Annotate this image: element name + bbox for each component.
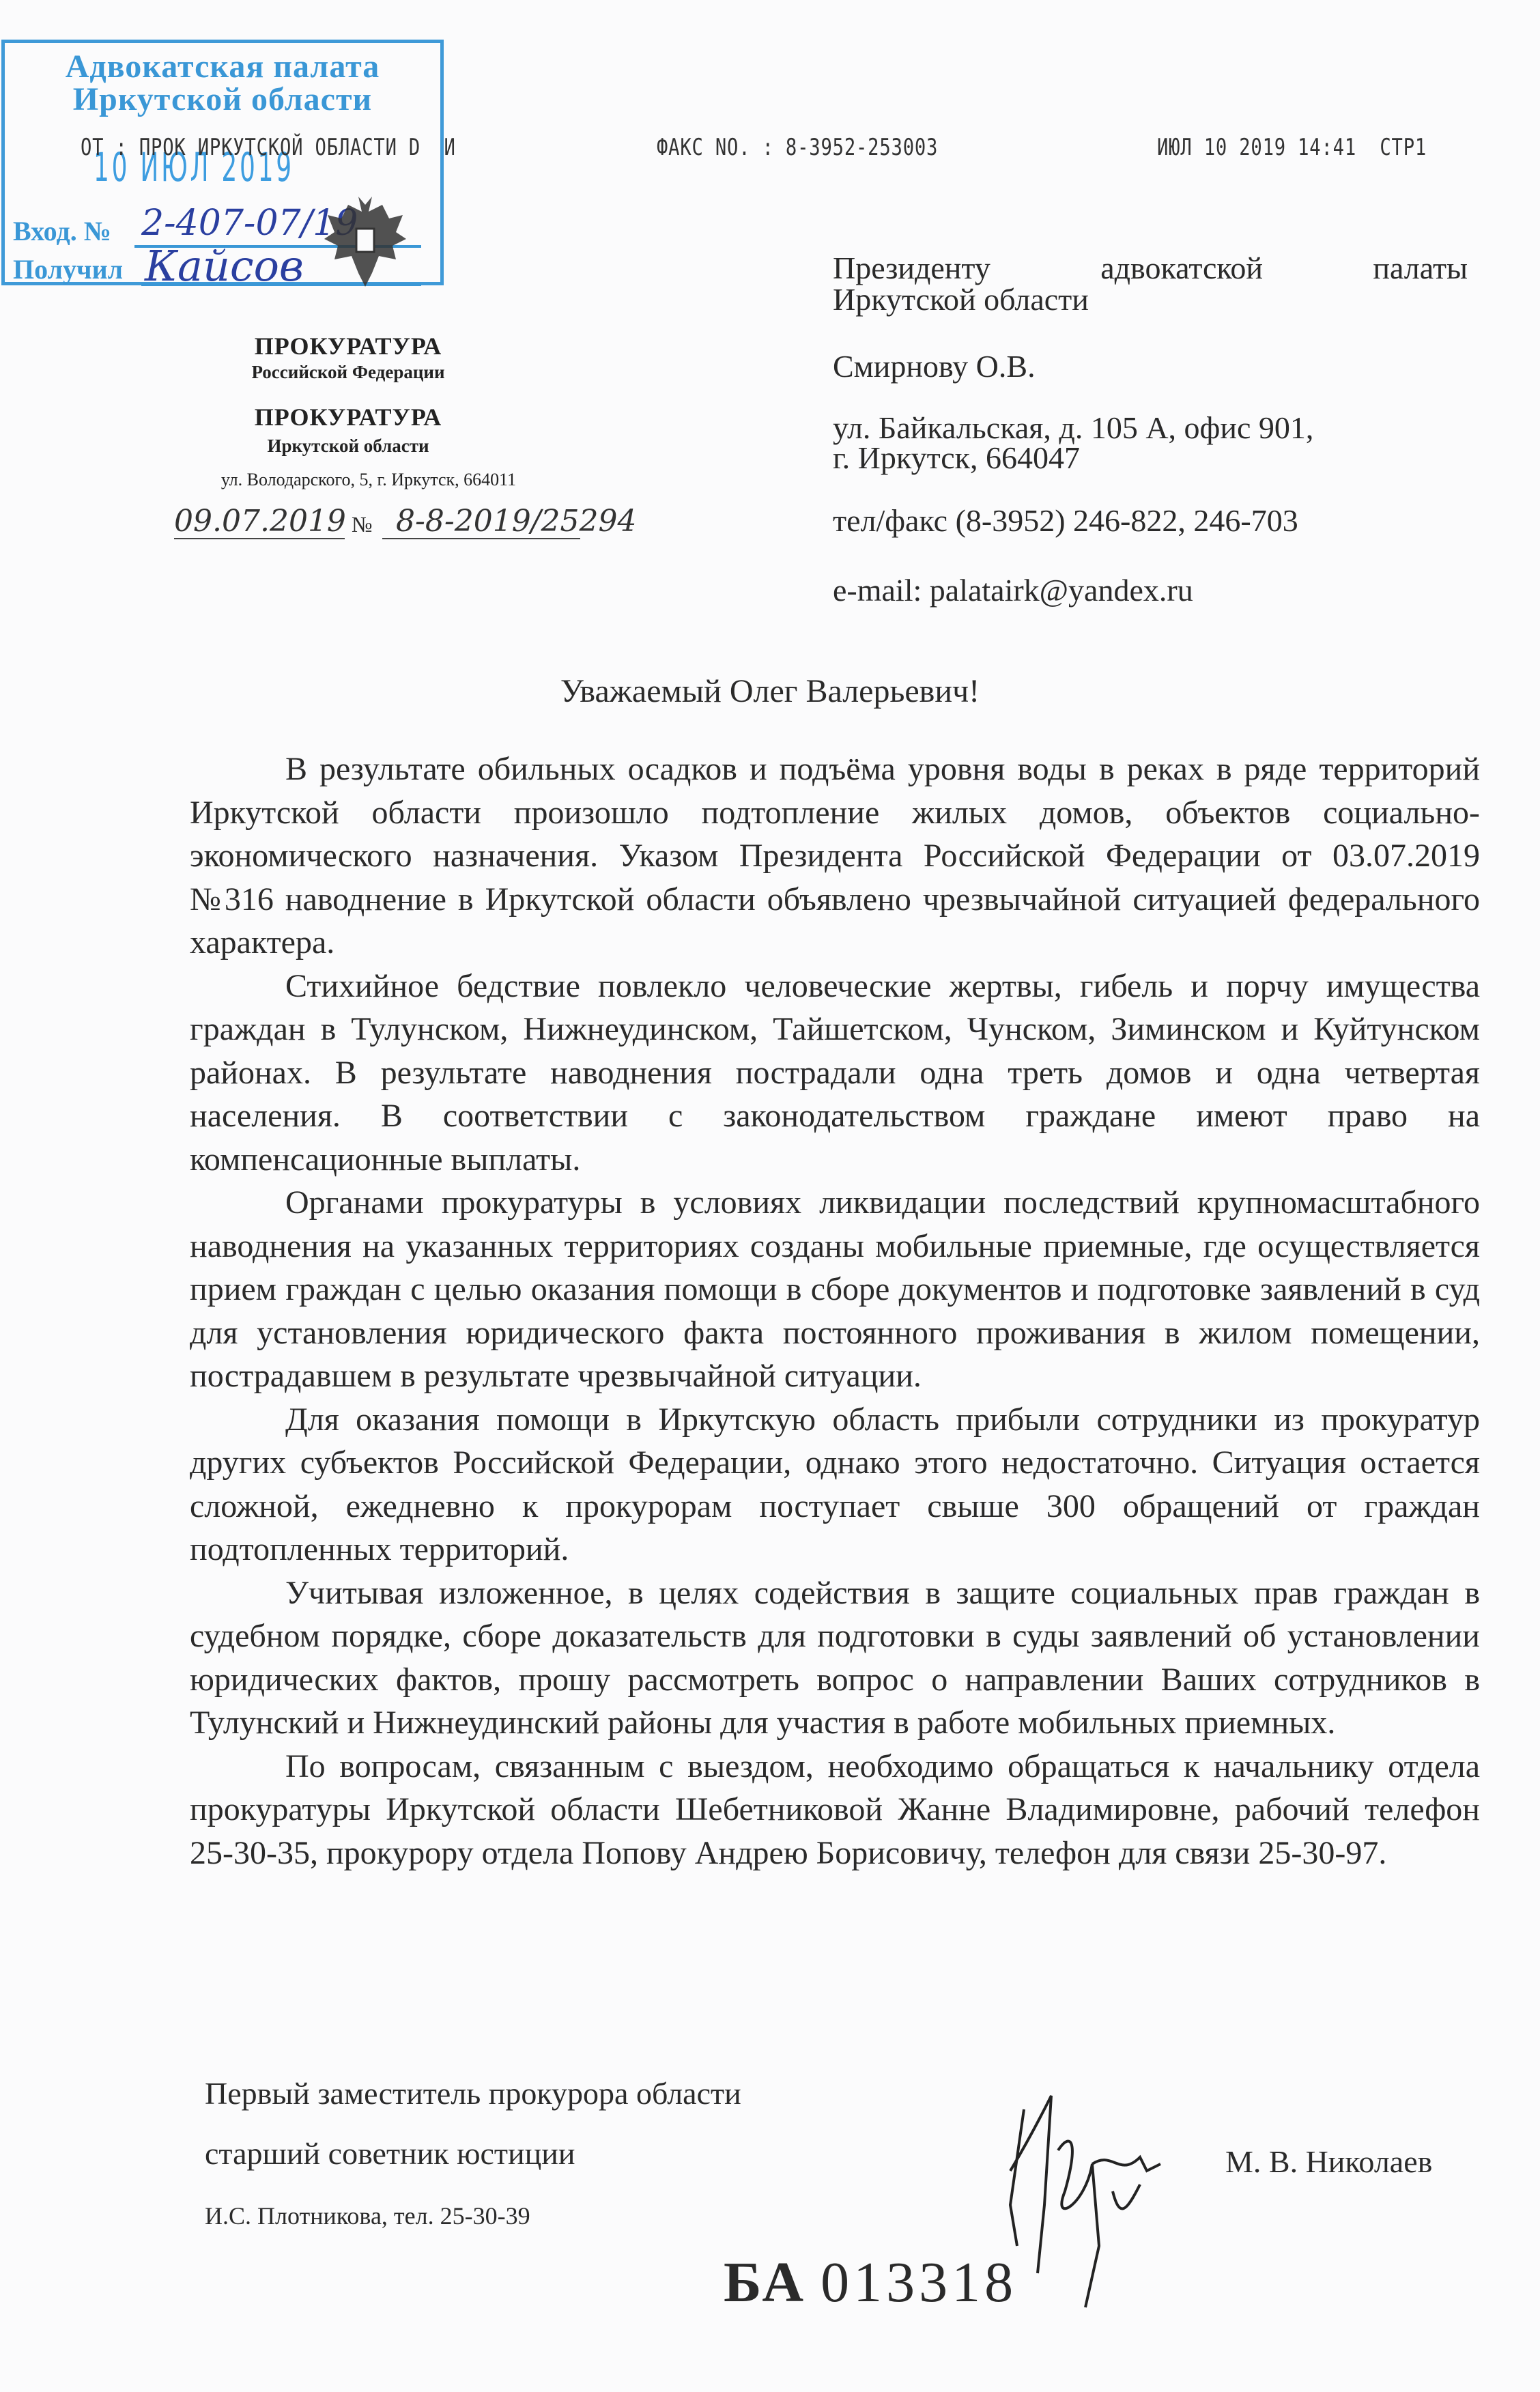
- signer-rank: старший советник юстиции: [205, 2135, 575, 2172]
- stamp-received-by-label: Получил: [13, 253, 123, 285]
- salutation: Уважаемый Олег Валерьевич!: [0, 672, 1540, 710]
- paragraph: По вопросам, связанным с выездом, необхо…: [190, 1745, 1480, 1875]
- addressee-address2: г. Иркутск, 664047: [833, 441, 1080, 475]
- form-serial-series: БА: [724, 2251, 805, 2314]
- fax-datetime-page: ИЮЛ 10 2019 14:41 СТР1: [1157, 134, 1427, 161]
- signer-name: М. В. Николаев: [1225, 2144, 1432, 2180]
- coat-of-arms-icon: [321, 191, 410, 294]
- paragraph: Стихийное бедствие повлекло человеческие…: [190, 965, 1480, 1182]
- stamp-organization-line2: Иркутской области: [5, 83, 440, 117]
- letterhead-subtitle: Иркутской области: [157, 436, 539, 457]
- date-underline: [174, 538, 345, 539]
- form-serial-number: 013318: [821, 2251, 1017, 2314]
- addressee-line1: Президенту адвокатской палаты: [833, 251, 1468, 285]
- letterhead-subtitle: Российской Федерации: [157, 362, 539, 383]
- addressee-line2: Иркутской области: [833, 283, 1089, 317]
- letterhead-title: ПРОКУРАТУРА: [157, 332, 539, 360]
- fax-from: ОТ : ПРОК ИРКУТСКОЙ ОБЛАСТИ D И: [81, 134, 456, 161]
- letterhead-title: ПРОКУРАТУРА: [157, 403, 539, 431]
- stamp-organization-line1: Адвокатская палата: [5, 50, 440, 84]
- executor-contact: И.С. Плотникова, тел. 25-30-39: [205, 2202, 530, 2230]
- stamp-received-by-value: Кайсов: [145, 241, 304, 291]
- letter-body: В результате обильных осадков и подъёма …: [190, 747, 1480, 1875]
- outgoing-number: 8-8-2019/25294: [396, 504, 637, 539]
- stamp-incoming-number-label: Вход. №: [13, 215, 111, 247]
- addressee-email: e-mail: palatairk@yandex.ru: [833, 573, 1193, 608]
- addressee-phone: тел/факс (8-3952) 246-822, 246-703: [833, 504, 1298, 538]
- paragraph: Учитывая изложенное, в целях содействия …: [190, 1571, 1480, 1745]
- paragraph: Для оказания помощи в Иркутскую область …: [190, 1398, 1480, 1571]
- letterhead-address: ул. Володарского, 5, г. Иркутск, 664011: [164, 470, 573, 490]
- paragraph: В результате обильных осадков и подъёма …: [190, 747, 1480, 965]
- number-underline: [382, 538, 580, 539]
- signer-position: Первый заместитель прокурора области: [205, 2075, 741, 2111]
- fax-number: ФАКС NO. : 8-3952-253003: [657, 134, 938, 161]
- outgoing-date: 09.07.2019: [174, 504, 346, 539]
- addressee-name: Смирнову О.В.: [833, 350, 1036, 384]
- form-serial: БА 013318: [724, 2249, 1017, 2316]
- paragraph: Органами прокуратуры в условиях ликвидац…: [190, 1181, 1480, 1398]
- number-label: №: [352, 512, 373, 537]
